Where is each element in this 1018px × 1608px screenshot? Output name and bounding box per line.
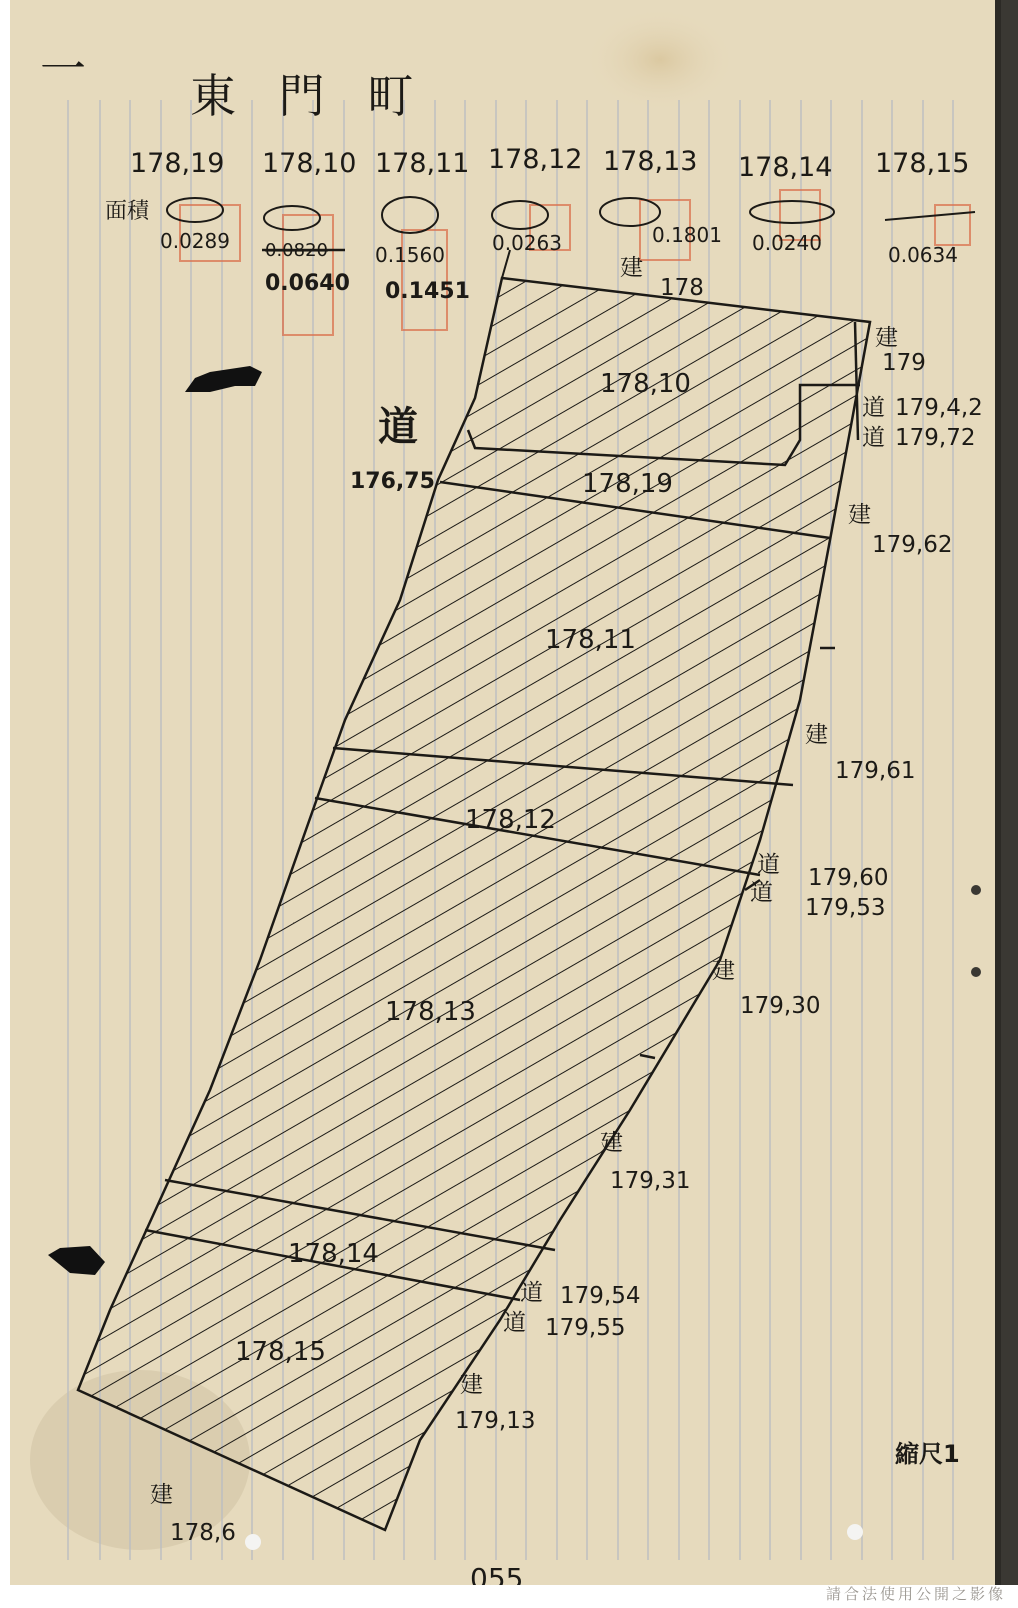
svg-text:道: 道 (503, 1310, 526, 1336)
road-lot: 176,75 (350, 469, 435, 494)
svg-text:建: 建 (600, 1130, 623, 1156)
svg-text:179,62: 179,62 (872, 532, 952, 558)
parcel-label: 178,10 (600, 369, 691, 399)
svg-text:道: 道 (862, 395, 885, 421)
svg-text:建: 建 (712, 958, 735, 984)
parcel-label: 178,11 (545, 625, 636, 655)
svg-text:建: 建 (620, 255, 643, 281)
svg-text:建: 建 (848, 502, 871, 528)
area-label: 面積 (105, 199, 151, 224)
svg-text:179,72: 179,72 (895, 425, 975, 451)
punch-hole (847, 1524, 863, 1540)
svg-text:道: 道 (862, 425, 885, 451)
svg-text:179,54: 179,54 (560, 1283, 640, 1309)
svg-text:178,6: 178,6 (170, 1520, 236, 1546)
parcel-label: 178,19 (582, 469, 673, 499)
header-lot: 178,13 (603, 146, 697, 177)
header-lot: 178,19 (130, 148, 224, 179)
neighbor-label: 道179,72 (862, 425, 975, 451)
svg-text:179,60: 179,60 (808, 865, 888, 891)
svg-text:建: 建 (150, 1482, 173, 1508)
header-area: 0.0240 (752, 231, 822, 255)
scale-note: 縮尺1 (894, 1440, 960, 1468)
svg-text:179,53: 179,53 (805, 895, 885, 921)
svg-text:道: 道 (757, 852, 780, 878)
header-lot: 178,15 (875, 148, 969, 179)
header-area-corrected: 0.1451 (385, 279, 470, 304)
svg-text:建: 建 (460, 1372, 483, 1398)
svg-text:道: 道 (750, 880, 773, 906)
punch-hole (971, 967, 981, 977)
parcel-label: 178,12 (465, 805, 556, 835)
svg-text:179,55: 179,55 (545, 1315, 625, 1341)
header-lot: 178,12 (488, 144, 582, 175)
top-left-mark: 一 (40, 42, 86, 96)
page-title: 東 門 町 (190, 69, 427, 123)
cadastral-sheet: 一 東 門 町 面積 178,19 0.0289 178,10 0.0820 0… (0, 0, 1018, 1608)
svg-text:建: 建 (805, 722, 828, 748)
header-area-corrected: 0.0640 (265, 271, 350, 296)
svg-text:179,61: 179,61 (835, 758, 915, 784)
road-type: 道 (378, 404, 418, 450)
punch-hole (245, 1534, 261, 1550)
punch-hole (971, 885, 981, 895)
header-lot: 178,11 (375, 148, 469, 179)
svg-text:179: 179 (882, 350, 926, 376)
svg-text:179,31: 179,31 (610, 1168, 690, 1194)
header-area: 0.1560 (375, 243, 445, 267)
header-lot: 178,14 (738, 152, 832, 183)
svg-text:179,30: 179,30 (740, 993, 820, 1019)
header-lot: 178,10 (262, 148, 356, 179)
neighbor-label: 道179,54 (520, 1280, 640, 1309)
header-area: 0.1801 (652, 223, 722, 247)
svg-text:建: 建 (875, 325, 898, 351)
parcel-label: 178,15 (235, 1337, 326, 1367)
neighbor-label: 道179,4,2 (862, 395, 983, 421)
header-area: 0.0634 (888, 243, 958, 267)
parcel-label: 178,14 (288, 1239, 379, 1269)
header-area: 0.0289 (160, 229, 230, 253)
watermark: 請合法使用公開之影像 (826, 1583, 1006, 1604)
parcel-label: 178,13 (385, 997, 476, 1027)
svg-text:道: 道 (520, 1280, 543, 1306)
svg-text:178: 178 (660, 275, 704, 301)
svg-text:179,13: 179,13 (455, 1408, 535, 1434)
header-area: 0.0263 (492, 231, 562, 255)
svg-text:179,4,2: 179,4,2 (895, 395, 983, 421)
